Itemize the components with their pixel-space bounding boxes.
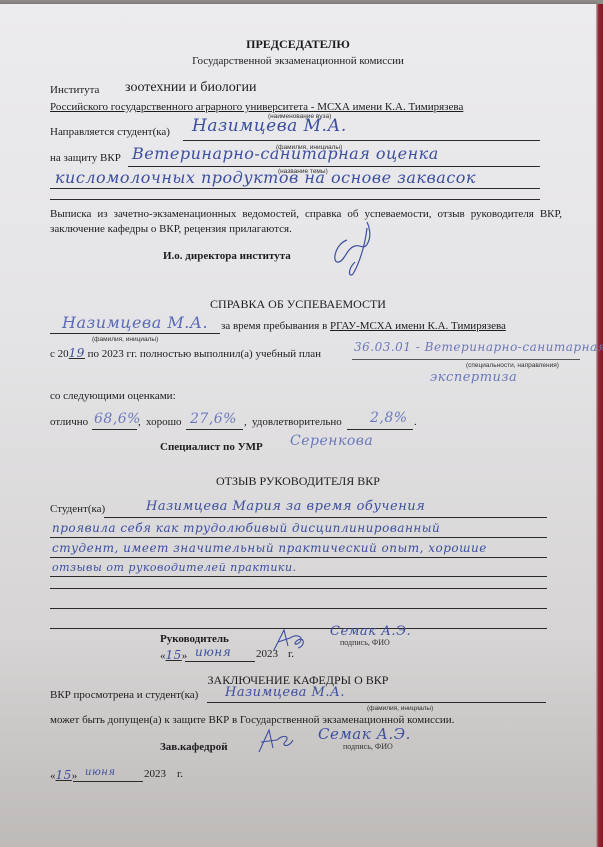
grade-comma-1: , — [138, 416, 141, 428]
review-date-day: 15 — [166, 648, 182, 662]
performance-student-handwritten: Назимцева М.А. — [62, 313, 208, 332]
stay-text-prefix: за время пребывания в — [221, 320, 330, 332]
head-name-handwritten: Семак А.Э. — [318, 725, 411, 743]
performance-student-underline — [50, 333, 220, 334]
review-underline-2 — [50, 537, 547, 538]
review-underline-6 — [50, 608, 547, 609]
header-title: ПРЕДСЕДАТЕЛЮ — [0, 37, 596, 52]
review-date: «15» — [160, 648, 187, 662]
grades-label: со следующими оценками: — [50, 390, 176, 402]
conclusion-date-month: июня — [85, 767, 115, 778]
thesis-title-line2: кисломолочных продуктов на основе заквас… — [55, 168, 476, 187]
conclusion-date: «15» — [50, 768, 77, 782]
performance-student-caption: (фамилия, инициалы) — [92, 336, 158, 343]
performance-title: СПРАВКА ОБ УСПЕВАЕМОСТИ — [0, 297, 596, 312]
thesis-underline-2 — [50, 188, 540, 189]
conclusion-date-month-underline — [73, 781, 143, 782]
grade-comma-2: , — [244, 416, 247, 428]
grade-good-label: хорошо — [146, 416, 182, 428]
director-label: И.о. директора института — [163, 250, 291, 262]
head-label: Зав.кафедрой — [160, 741, 228, 753]
supervisor-name-handwritten: Семак А.Э. — [330, 624, 411, 639]
university-name: Российского государственного аграрного у… — [50, 101, 463, 113]
review-line-4: отзывы от руководителей практики. — [52, 561, 297, 574]
institute-label: Института — [50, 84, 99, 96]
header-subtitle: Государственной экзаменационной комиссии — [0, 55, 596, 67]
grade-good-underline — [186, 429, 243, 430]
grade-period: . — [414, 416, 417, 428]
plan-caption: (специальности, направления) — [466, 362, 559, 369]
review-underline-4 — [50, 576, 547, 577]
grade-excellent-underline — [92, 429, 137, 430]
conclusion-student-caption: (фамилия, инициалы) — [367, 705, 433, 712]
review-title: ОТЗЫВ РУКОВОДИТЕЛЯ ВКР — [0, 474, 596, 489]
student-name-handwritten: Назимцева М.А. — [192, 116, 347, 136]
review-date-month: июня — [195, 645, 231, 659]
director-signature — [325, 218, 390, 280]
folder-binding-edge — [596, 4, 603, 847]
plan-value-line1: 36.03.01 - Ветеринарно-санитарная — [354, 340, 603, 354]
plan-value-line2: экспертиза — [430, 370, 517, 385]
conclusion-reviewed-label: ВКР просмотрена и студент(ка) — [50, 689, 198, 701]
head-signature-mark — [255, 724, 297, 754]
thesis-underline-1 — [128, 166, 540, 167]
conclusion-student-handwritten: Назимцева М.А. — [225, 685, 345, 700]
review-date-year: 2023 — [256, 648, 278, 660]
university-short: РГАУ-МСХА имени К.А. Тимирязева — [330, 320, 506, 332]
period-start-year: 19 — [69, 346, 85, 360]
institute-value: зоотехнии и биологии — [125, 80, 257, 96]
supervisor-label: Руководитель — [160, 633, 229, 645]
specialist-label: Специалист по УМР — [160, 441, 263, 453]
student-underline — [183, 140, 540, 141]
thesis-label: на защиту ВКР — [50, 152, 121, 164]
attachments-text: Выписка из зачетно-экзаменационных ведом… — [50, 207, 562, 237]
conclusion-date-suffix: г. — [177, 768, 183, 780]
review-date-month-underline — [185, 661, 255, 662]
thesis-underline-3 — [50, 199, 540, 200]
review-line-3: студент, имеет значительный практический… — [52, 541, 487, 555]
head-signature-caption: подпись, ФИО — [343, 742, 393, 751]
grade-satisfactory-underline — [347, 429, 413, 430]
review-line-1: Назимцева Мария за время обучения — [146, 499, 425, 514]
review-line-2: проявила себя как трудолюбивый дисциплин… — [52, 521, 440, 535]
thesis-title-line1: Ветеринарно-санитарная оценка — [132, 144, 439, 163]
period-prefix: с 20 — [50, 348, 69, 360]
grade-excellent-value: 68,6% — [94, 411, 141, 427]
student-label: Направляется студент(ка) — [50, 126, 170, 138]
grade-satisfactory-label: удовлетворительно — [252, 416, 342, 428]
review-underline-3 — [50, 557, 547, 558]
conclusion-student-underline — [207, 702, 546, 703]
grade-good-value: 27,6% — [190, 411, 237, 427]
plan-underline — [352, 359, 580, 360]
grade-excellent-label: отлично — [50, 416, 88, 428]
period-suffix: по 2023 гг. полностью выполнил(а) учебны… — [88, 348, 321, 360]
conclusion-date-day: 15 — [56, 768, 72, 782]
review-student-label: Студент(ка) — [50, 503, 105, 515]
review-underline-1 — [104, 517, 547, 518]
grade-satisfactory-value: 2,8% — [370, 410, 408, 426]
review-underline-5 — [50, 588, 547, 589]
specialist-signature: Серенкова — [290, 433, 373, 449]
conclusion-date-year: 2023 — [144, 768, 166, 780]
period-text: с 2019 по 2023 гг. полностью выполнил(а)… — [50, 346, 321, 360]
review-date-suffix: г. — [288, 648, 294, 660]
supervisor-signature-caption: подпись, ФИО — [340, 638, 390, 647]
stay-text: за время пребывания в РГАУ-МСХА имени К.… — [221, 320, 506, 332]
